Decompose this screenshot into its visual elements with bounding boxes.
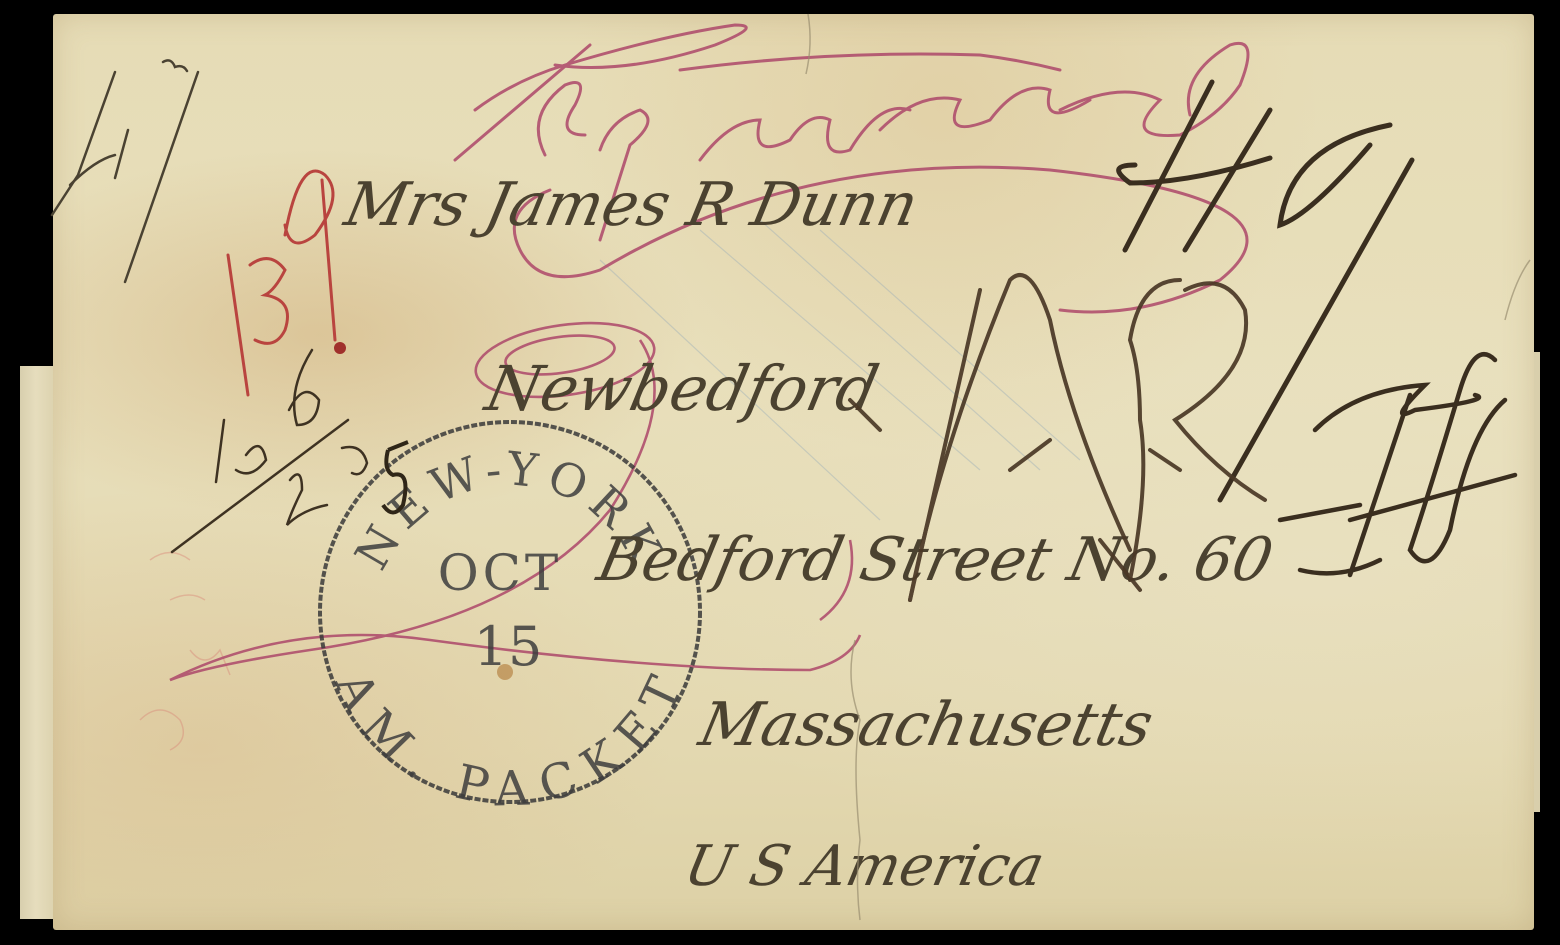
rate-fraction xyxy=(172,350,367,552)
rate-28 xyxy=(1280,354,1515,575)
cover-markings: 4/7 Registered xyxy=(0,0,1560,945)
address-line-state: Massachusetts xyxy=(693,691,1159,760)
rate-4-9 xyxy=(1119,82,1412,500)
address-line-city: Newbedford xyxy=(478,353,885,425)
postmark-month: OCT xyxy=(438,544,563,602)
address-line-country: U S America xyxy=(679,834,1050,899)
rate-right-text: 28 xyxy=(0,0,20,4)
paper-creases xyxy=(806,14,1530,920)
address-line-street: Bedford Street No. 60 xyxy=(591,526,1279,595)
address-line-name: Mrs James R Dunn xyxy=(338,171,924,240)
red-rate-139 xyxy=(228,171,335,395)
postmark-bottom-text: AM. PACKET xyxy=(323,662,696,817)
svg-text:AM. PACKET: AM. PACKET xyxy=(323,662,696,817)
registered-marking xyxy=(455,25,1248,312)
background: 4/7 Registered xyxy=(0,0,1560,945)
postmark-new-york: NEW-YORK AM. PACKET OCT 15 xyxy=(320,422,700,818)
note-4-7 xyxy=(52,60,198,282)
faint-red-backstamp xyxy=(140,553,230,751)
